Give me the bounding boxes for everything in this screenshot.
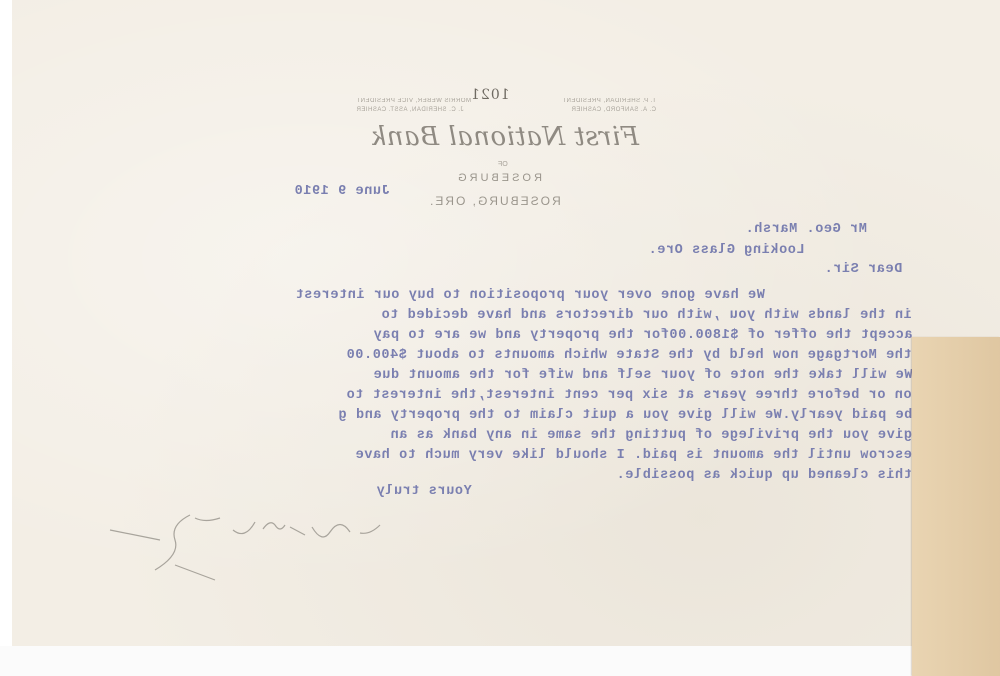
letterhead-officers: T. P. SHERIDAN, PRESIDENT MORRIS WEBER, … bbox=[356, 88, 656, 113]
letterhead-city: ROSEBURG bbox=[455, 172, 542, 184]
bank-name: First National Bank bbox=[370, 122, 639, 152]
officer-vice-president: MORRIS WEBER, VICE PRESIDENT bbox=[356, 98, 471, 104]
recipient-location: Looking Glass Ore. bbox=[648, 243, 805, 258]
signature-mark bbox=[90, 510, 390, 590]
letter-date: June 9 1910 bbox=[294, 184, 390, 199]
letterhead-city-state: ROSEBURG, ORE. bbox=[428, 194, 561, 208]
officer-asst-cashier: J. C. SHERIDAN, ASST. CASHIER bbox=[356, 107, 464, 113]
scan-bottom-margin bbox=[0, 646, 1000, 676]
scan-left-margin bbox=[0, 0, 12, 676]
letterhead-of: OF bbox=[498, 161, 508, 168]
body-line: in the lands with you ,with our director… bbox=[381, 308, 912, 323]
body-line: escrow until the amount is paid. I shoul… bbox=[355, 448, 912, 463]
body-line: this cleaned up quick as possible. bbox=[616, 468, 912, 483]
body-line: be paid yearly.We will give you a quit c… bbox=[338, 408, 912, 423]
officers-row-2: C. A. SANFORD, CASHIER J. C. SHERIDAN, A… bbox=[356, 104, 656, 113]
closing: Yours truly bbox=[376, 484, 472, 499]
body-line: We have gone over your proposition to bu… bbox=[295, 288, 765, 303]
body-line: on or before three years at six per cent… bbox=[346, 388, 912, 403]
salutation: Dear Sir. bbox=[824, 262, 902, 277]
body-line: the Mortgage now held by the State which… bbox=[346, 348, 912, 363]
officers-row-1: T. P. SHERIDAN, PRESIDENT MORRIS WEBER, … bbox=[356, 88, 656, 104]
body-line: accept the offer of $1800.00for the prop… bbox=[373, 328, 912, 343]
officer-cashier: C. A. SANFORD, CASHIER bbox=[571, 107, 656, 113]
recipient-name: Mr Geo. Marsh. bbox=[745, 222, 867, 237]
body-line: We will take the note of your self and w… bbox=[373, 368, 912, 383]
adhesive-tape-strip bbox=[912, 337, 1000, 676]
body-line: give you the privilege of putting the sa… bbox=[390, 428, 912, 443]
officer-president: T. P. SHERIDAN, PRESIDENT bbox=[562, 98, 656, 104]
